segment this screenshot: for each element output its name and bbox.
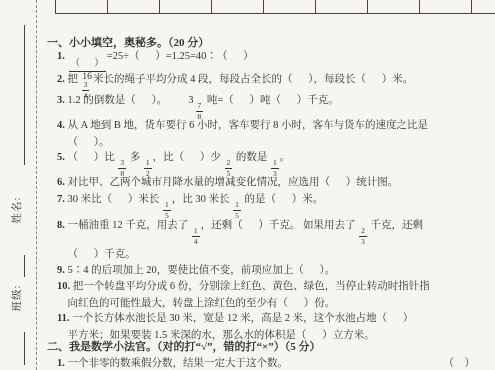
mixed-number-whole: 3 xyxy=(188,95,193,106)
question-number: 2. xyxy=(57,74,68,85)
question: 3. 1.2 的倒数是（ ）。 378 吨=（ ）吨（ ）千克。 xyxy=(57,92,487,120)
question: 9. 5∶4 的后项加上 20，要使比值不变，前项应加上（ ）。 xyxy=(57,262,487,279)
fraction-numerator: 3 xyxy=(118,159,126,169)
fraction-numerator: （ ） xyxy=(69,60,106,72)
question-number: 8. xyxy=(57,220,68,231)
fraction-numerator: 2 xyxy=(225,159,233,169)
section-title: 二、我是数学小法官。（对的打“√”，错的打“×”）（5 分） xyxy=(47,340,487,355)
question-number: 1. xyxy=(57,51,68,62)
fraction-denominator: 4 xyxy=(194,237,198,246)
question-number: 1. xyxy=(57,358,68,369)
question: 11. 一个长方体水池长是 30 米，宽是 12 米，高是 2 米，这个水池占地… xyxy=(57,310,487,344)
question: 7. 30 米比（ ）米长 15，比 30 米长 15 的是（ ）米。 xyxy=(57,191,487,219)
fraction-numerator: 1 xyxy=(144,159,152,169)
fraction: 14 xyxy=(192,227,200,245)
question: 4. 从 A 地到 B 地，货车要行 6 小时，客车要行 8 小时，客车与货车的… xyxy=(57,117,487,151)
question-number: 4. xyxy=(57,120,68,131)
exam-content: 一、小小填空，奥秘多。（20 分）1. （ ）16=25÷（ ）=1.25=40… xyxy=(0,0,495,370)
question-number: 10. xyxy=(57,281,73,292)
question: 5. （ ）比 38 多 12，比（ ）少 25 的数是 13。 xyxy=(57,149,487,177)
question: 10. 把一个转盘平均分成 6 份，分别涂上红色、黄色、绿色，当停止转动时指针指… xyxy=(57,278,487,312)
question: 1. 一个非零的数乘假分数，结果一定大于这个数。（ ） xyxy=(57,355,487,370)
answer-blank: （ ） xyxy=(444,355,476,370)
fraction-numerator: 2 xyxy=(359,227,367,237)
fraction-numerator: 1 xyxy=(163,201,171,211)
question-number: 3. xyxy=(57,95,68,106)
question: 6. 对比甲、乙两个城市月降水量的增减变化情况，应选用（ ）统计图。 xyxy=(57,174,487,191)
question-number: 7. xyxy=(57,194,68,205)
question-number: 5. xyxy=(57,152,68,163)
fraction-denominator: 3 xyxy=(361,237,365,246)
question-number: 11. xyxy=(57,313,72,324)
fraction-numerator: 7 xyxy=(196,102,204,112)
question-number: 6. xyxy=(57,177,68,188)
scanned-exam-page: { "page": { "bg": "#f6f5f1", "ink": "#35… xyxy=(0,0,495,370)
question-number: 9. xyxy=(57,265,68,276)
fraction-numerator: 1 xyxy=(233,201,241,211)
fraction-numerator: 1 xyxy=(192,227,200,237)
question: 8. 一桶油重 12 千克，用去了 14，还剩（ ）千克。 如果用去了 23 千… xyxy=(57,216,487,265)
fraction-numerator: 3 xyxy=(82,81,90,91)
fraction-numerator: 1 xyxy=(271,159,279,169)
fraction: 23 xyxy=(359,227,367,245)
